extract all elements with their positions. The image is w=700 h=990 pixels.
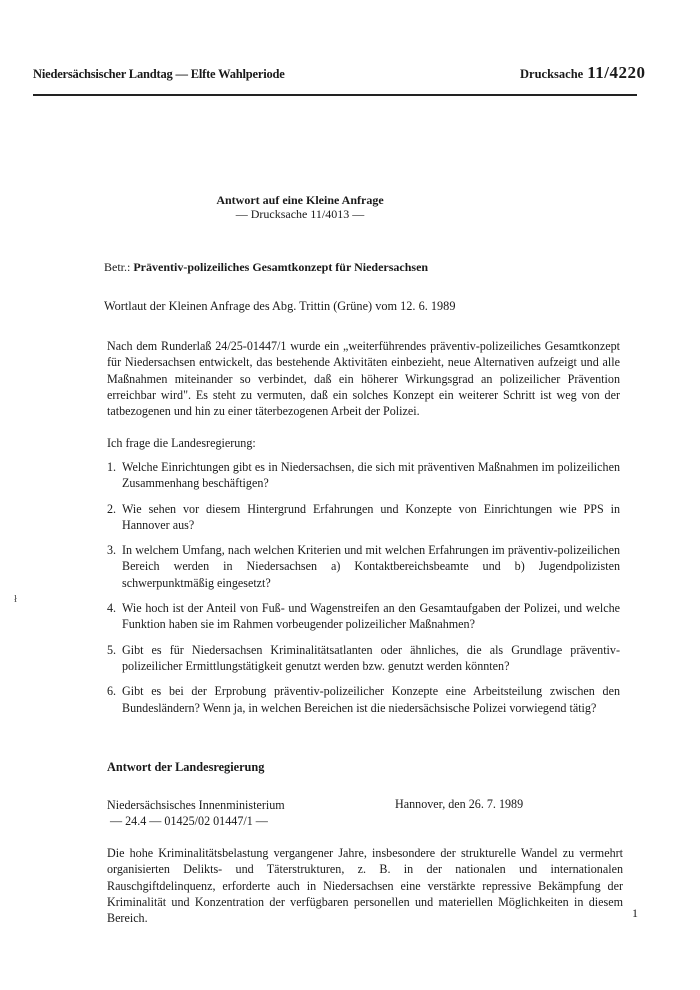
drucksache-number: 11/4220	[587, 63, 645, 82]
answer-paragraph: Die hohe Kriminalitätsbelastung vergange…	[107, 845, 623, 926]
question-number: 2.	[107, 501, 116, 517]
question-item: 3.In welchem Umfang, nach welchen Kriter…	[107, 542, 620, 591]
question-item: 5.Gibt es für Niedersachsen Kriminalität…	[107, 642, 620, 675]
ministry-block: Niedersächsisches Innenministerium — 24.…	[107, 797, 285, 829]
ministry-name: Niedersächsisches Innenministerium	[107, 797, 285, 813]
question-number: 6.	[107, 683, 116, 699]
question-list: 1.Welche Einrichtungen gibt es in Nieder…	[107, 459, 620, 725]
question-item: 2.Wie sehen vor diesem Hintergrund Erfah…	[107, 501, 620, 534]
question-item: 6.Gibt es bei der Erprobung präventiv-po…	[107, 683, 620, 716]
drucksache-label: Drucksache	[520, 67, 583, 81]
subject-line: Betr.: Präventiv-polizeiliches Gesamtkon…	[104, 260, 428, 275]
header-document-number: Drucksache 11/4220	[520, 63, 646, 83]
document-title: Antwort auf eine Kleine Anfrage	[0, 193, 600, 208]
question-number: 5.	[107, 642, 116, 658]
header-rule	[33, 94, 637, 96]
margin-mark: ł	[14, 593, 17, 605]
question-text: Wie hoch ist der Anteil von Fuß- und Wag…	[122, 601, 620, 631]
question-number: 1.	[107, 459, 116, 475]
question-number: 3.	[107, 542, 116, 558]
question-item: 4.Wie hoch ist der Anteil von Fuß- und W…	[107, 600, 620, 633]
page-number: 1	[632, 906, 638, 921]
place-date: Hannover, den 26. 7. 1989	[395, 797, 523, 812]
question-item: 1.Welche Einrichtungen gibt es in Nieder…	[107, 459, 620, 492]
subject-label: Betr.:	[104, 260, 130, 274]
question-text: Welche Einrichtungen gibt es in Niedersa…	[122, 460, 620, 490]
document-subtitle: — Drucksache 11/4013 —	[0, 207, 600, 222]
answer-heading: Antwort der Landesregierung	[107, 760, 264, 775]
question-text: Wie sehen vor diesem Hintergrund Erfahru…	[122, 502, 620, 532]
subject-text: Präventiv-polizeiliches Gesamtkonzept fü…	[133, 260, 428, 274]
ministry-reference: — 24.4 — 01425/02 01447/1 —	[107, 813, 285, 829]
intro-paragraph: Nach dem Runderlaß 24/25-01447/1 wurde e…	[107, 338, 620, 419]
question-intro: Ich frage die Landesregierung:	[107, 436, 256, 451]
question-text: Gibt es für Niedersachsen Kriminalitätsa…	[122, 643, 620, 673]
question-number: 4.	[107, 600, 116, 616]
inquiry-wording-line: Wortlaut der Kleinen Anfrage des Abg. Tr…	[104, 299, 455, 314]
question-text: Gibt es bei der Erprobung präventiv-poli…	[122, 684, 620, 714]
question-text: In welchem Umfang, nach welchen Kriterie…	[122, 543, 620, 590]
header-parliament-title: Niedersächsischer Landtag — Elfte Wahlpe…	[33, 67, 285, 82]
